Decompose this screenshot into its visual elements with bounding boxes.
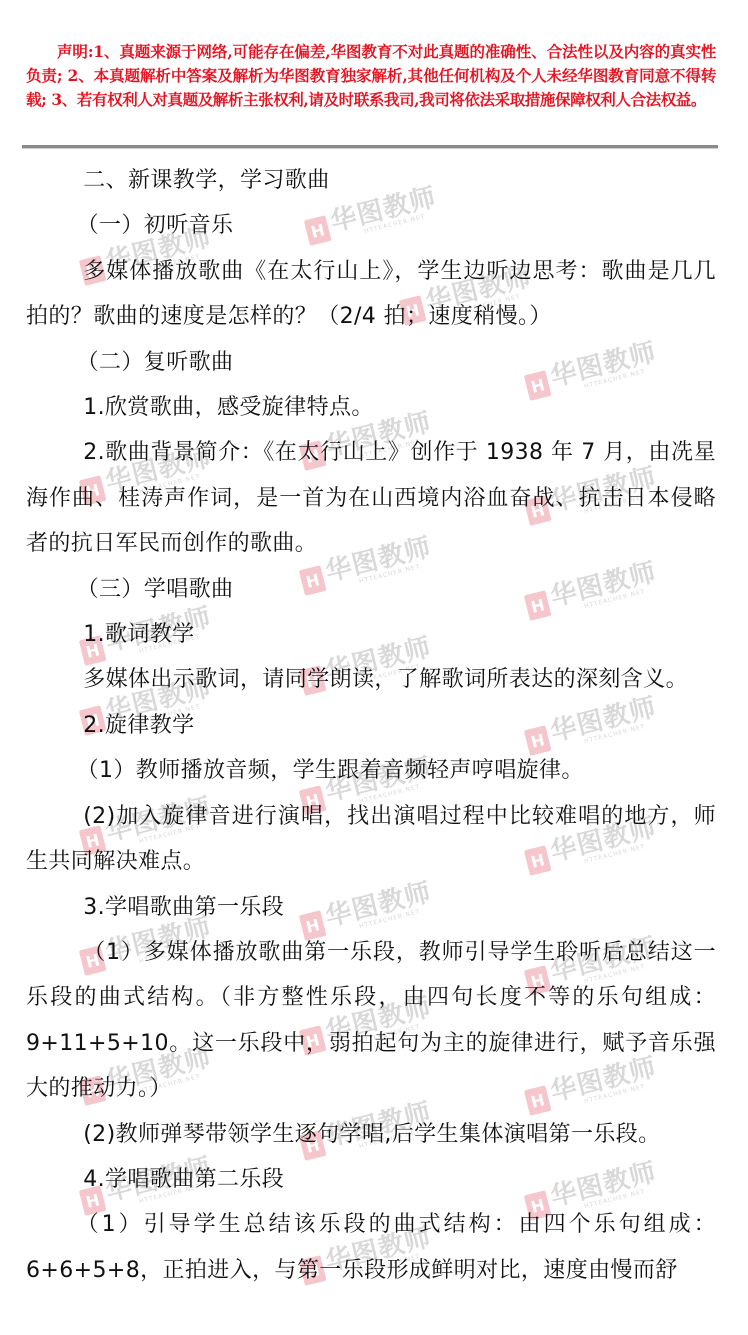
part3-item2-title: 2.旋律教学 — [26, 703, 716, 748]
disclaimer-label: 声明: — [57, 42, 93, 61]
part3-item2-sub1: （1）教师播放音频，学生跟着音频轻声哼唱旋律。 — [26, 748, 716, 793]
document-body: 二、新课教学，学习歌曲 （一）初听音乐 多媒体播放歌曲《在太行山上》，学生边听边… — [26, 158, 716, 1293]
part3-item3-title: 3.学唱歌曲第一乐段 — [26, 885, 716, 930]
section-title: 二、新课教学，学习歌曲 — [26, 158, 716, 203]
part1-heading: （一）初听音乐 — [26, 203, 716, 248]
part3-heading: （三）学唱歌曲 — [26, 567, 716, 612]
part2-item1: 1.欣赏歌曲，感受旋律特点。 — [26, 385, 716, 430]
part1-paragraph: 多媒体播放歌曲《在太行山上》，学生边听边思考：歌曲是几几拍的？歌曲的速度是怎样的… — [26, 249, 716, 340]
part3-item1-title: 1.歌词教学 — [26, 612, 716, 657]
disclaimer-text: 1、真题来源于网络,可能存在偏差,华图教育不对此真题的准确性、合法性以及内容的真… — [26, 42, 716, 109]
part3-item4-sub1: （1）引导学生总结该乐段的曲式结构：由四个乐句组成：6+6+5+8，正拍进入，与… — [26, 1202, 716, 1293]
part3-item2-sub2: (2)加入旋律音进行演唱，找出演唱过程中比较难唱的地方，师生共同解决难点。 — [26, 794, 716, 885]
part3-item3-sub1: （1）多媒体播放歌曲第一乐段，教师引导学生聆听后总结这一乐段的曲式结构。（非方整… — [26, 930, 716, 1112]
part2-item2: 2.歌曲背景简介：《在太行山上》创作于 1938 年 7 月，由冼星海作曲、桂涛… — [26, 430, 716, 566]
part3-item3-sub2: (2)教师弹琴带领学生逐句学唱,后学生集体演唱第一乐段。 — [26, 1112, 716, 1157]
part3-item4-title: 4.学唱歌曲第二乐段 — [26, 1157, 716, 1202]
header-divider — [22, 145, 718, 149]
part2-heading: （二）复听歌曲 — [26, 340, 716, 385]
part3-item1-text: 多媒体出示歌词，请同学朗读，了解歌词所表达的深刻含义。 — [26, 657, 716, 702]
disclaimer-notice: 声明:1、真题来源于网络,可能存在偏差,华图教育不对此真题的准确性、合法性以及内… — [26, 40, 716, 112]
